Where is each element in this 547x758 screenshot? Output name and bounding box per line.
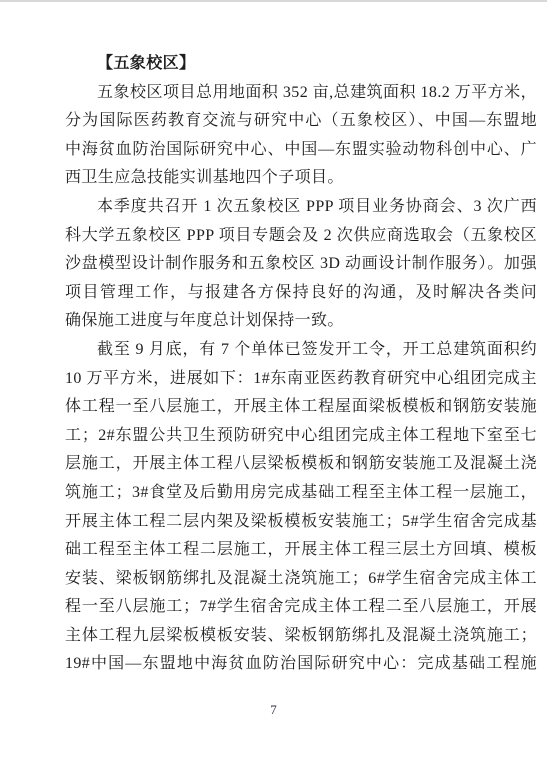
text-line: 筑施工；3#食堂及后勤用房完成基础工程至主体工程一层施工， [65,479,537,508]
text-line: 层施工，开展主体工程八层梁板模板和钢筋安装施工及混凝土浇 [65,450,537,479]
text-line: 础工程至主体工程二层施工，开展主体工程三层土方回填、模板 [65,536,537,565]
text-line: 体工程一至八层施工，开展主体工程屋面梁板模板和钢筋安装施 [65,393,537,422]
text-line: 分为国际医药教育交流与研究中心（五象校区）、中国—东盟地 [65,107,537,136]
text-line: 西卫生应急技能实训基地四个子项目。 [65,164,537,193]
scan-edge-artifact [0,0,547,2]
text-line: 项目管理工作，与报建各方保持良好的沟通，及时解决各类问题， [65,279,537,308]
text-line: 工；2#东盟公共卫生预防研究中心组团完成主体工程地下室至七 [65,422,537,451]
text-line: 19#中国—东盟地中海贫血防治国际研究中心：完成基础工程施 [65,650,537,679]
document-page: { "page": { "background": "#ffffff", "te… [0,0,547,758]
document-body: 【五象校区】 五象校区项目总用地面积 352 亩,总建筑面积 18.2 万平方米… [65,50,537,679]
text-line: 主体工程九层梁板模板安装、梁板钢筋绑扎及混凝土浇筑施工； [65,622,537,651]
text-line: 确保施工进度与年度总计划保持一致。 [65,307,537,336]
text-line: 安装、梁板钢筋绑扎及混凝土浇筑施工；6#学生宿舍完成主体工 [65,565,537,594]
text-line: 10 万平方米，进展如下：1#东南亚医药教育研究中心组团完成主 [65,365,537,394]
text-line: 本季度共召开 1 次五象校区 PPP 项目业务协商会、3 次广西医 [65,193,537,222]
text-line: 截至 9 月底，有 7 个单体已签发开工令，开工总建筑面积约 [65,336,537,365]
section-heading: 【五象校区】 [65,50,537,79]
page-number: 7 [0,701,547,719]
text-line: 五象校区项目总用地面积 352 亩,总建筑面积 18.2 万平方米， [65,79,537,108]
text-line: 中海贫血防治国际研究中心、中国—东盟实验动物科创中心、广 [65,136,537,165]
text-line: 沙盘模型设计制作服务和五象校区 3D 动画设计制作服务）。加强 [65,250,537,279]
text-line: 程一至八层施工；7#学生宿舍完成主体工程二至八层施工，开展 [65,593,537,622]
text-line: 开展主体工程二层内架及梁板模板安装施工；5#学生宿舍完成基 [65,508,537,537]
text-line: 科大学五象校区 PPP 项目专题会及 2 次供应商选取会（五象校区 [65,222,537,251]
